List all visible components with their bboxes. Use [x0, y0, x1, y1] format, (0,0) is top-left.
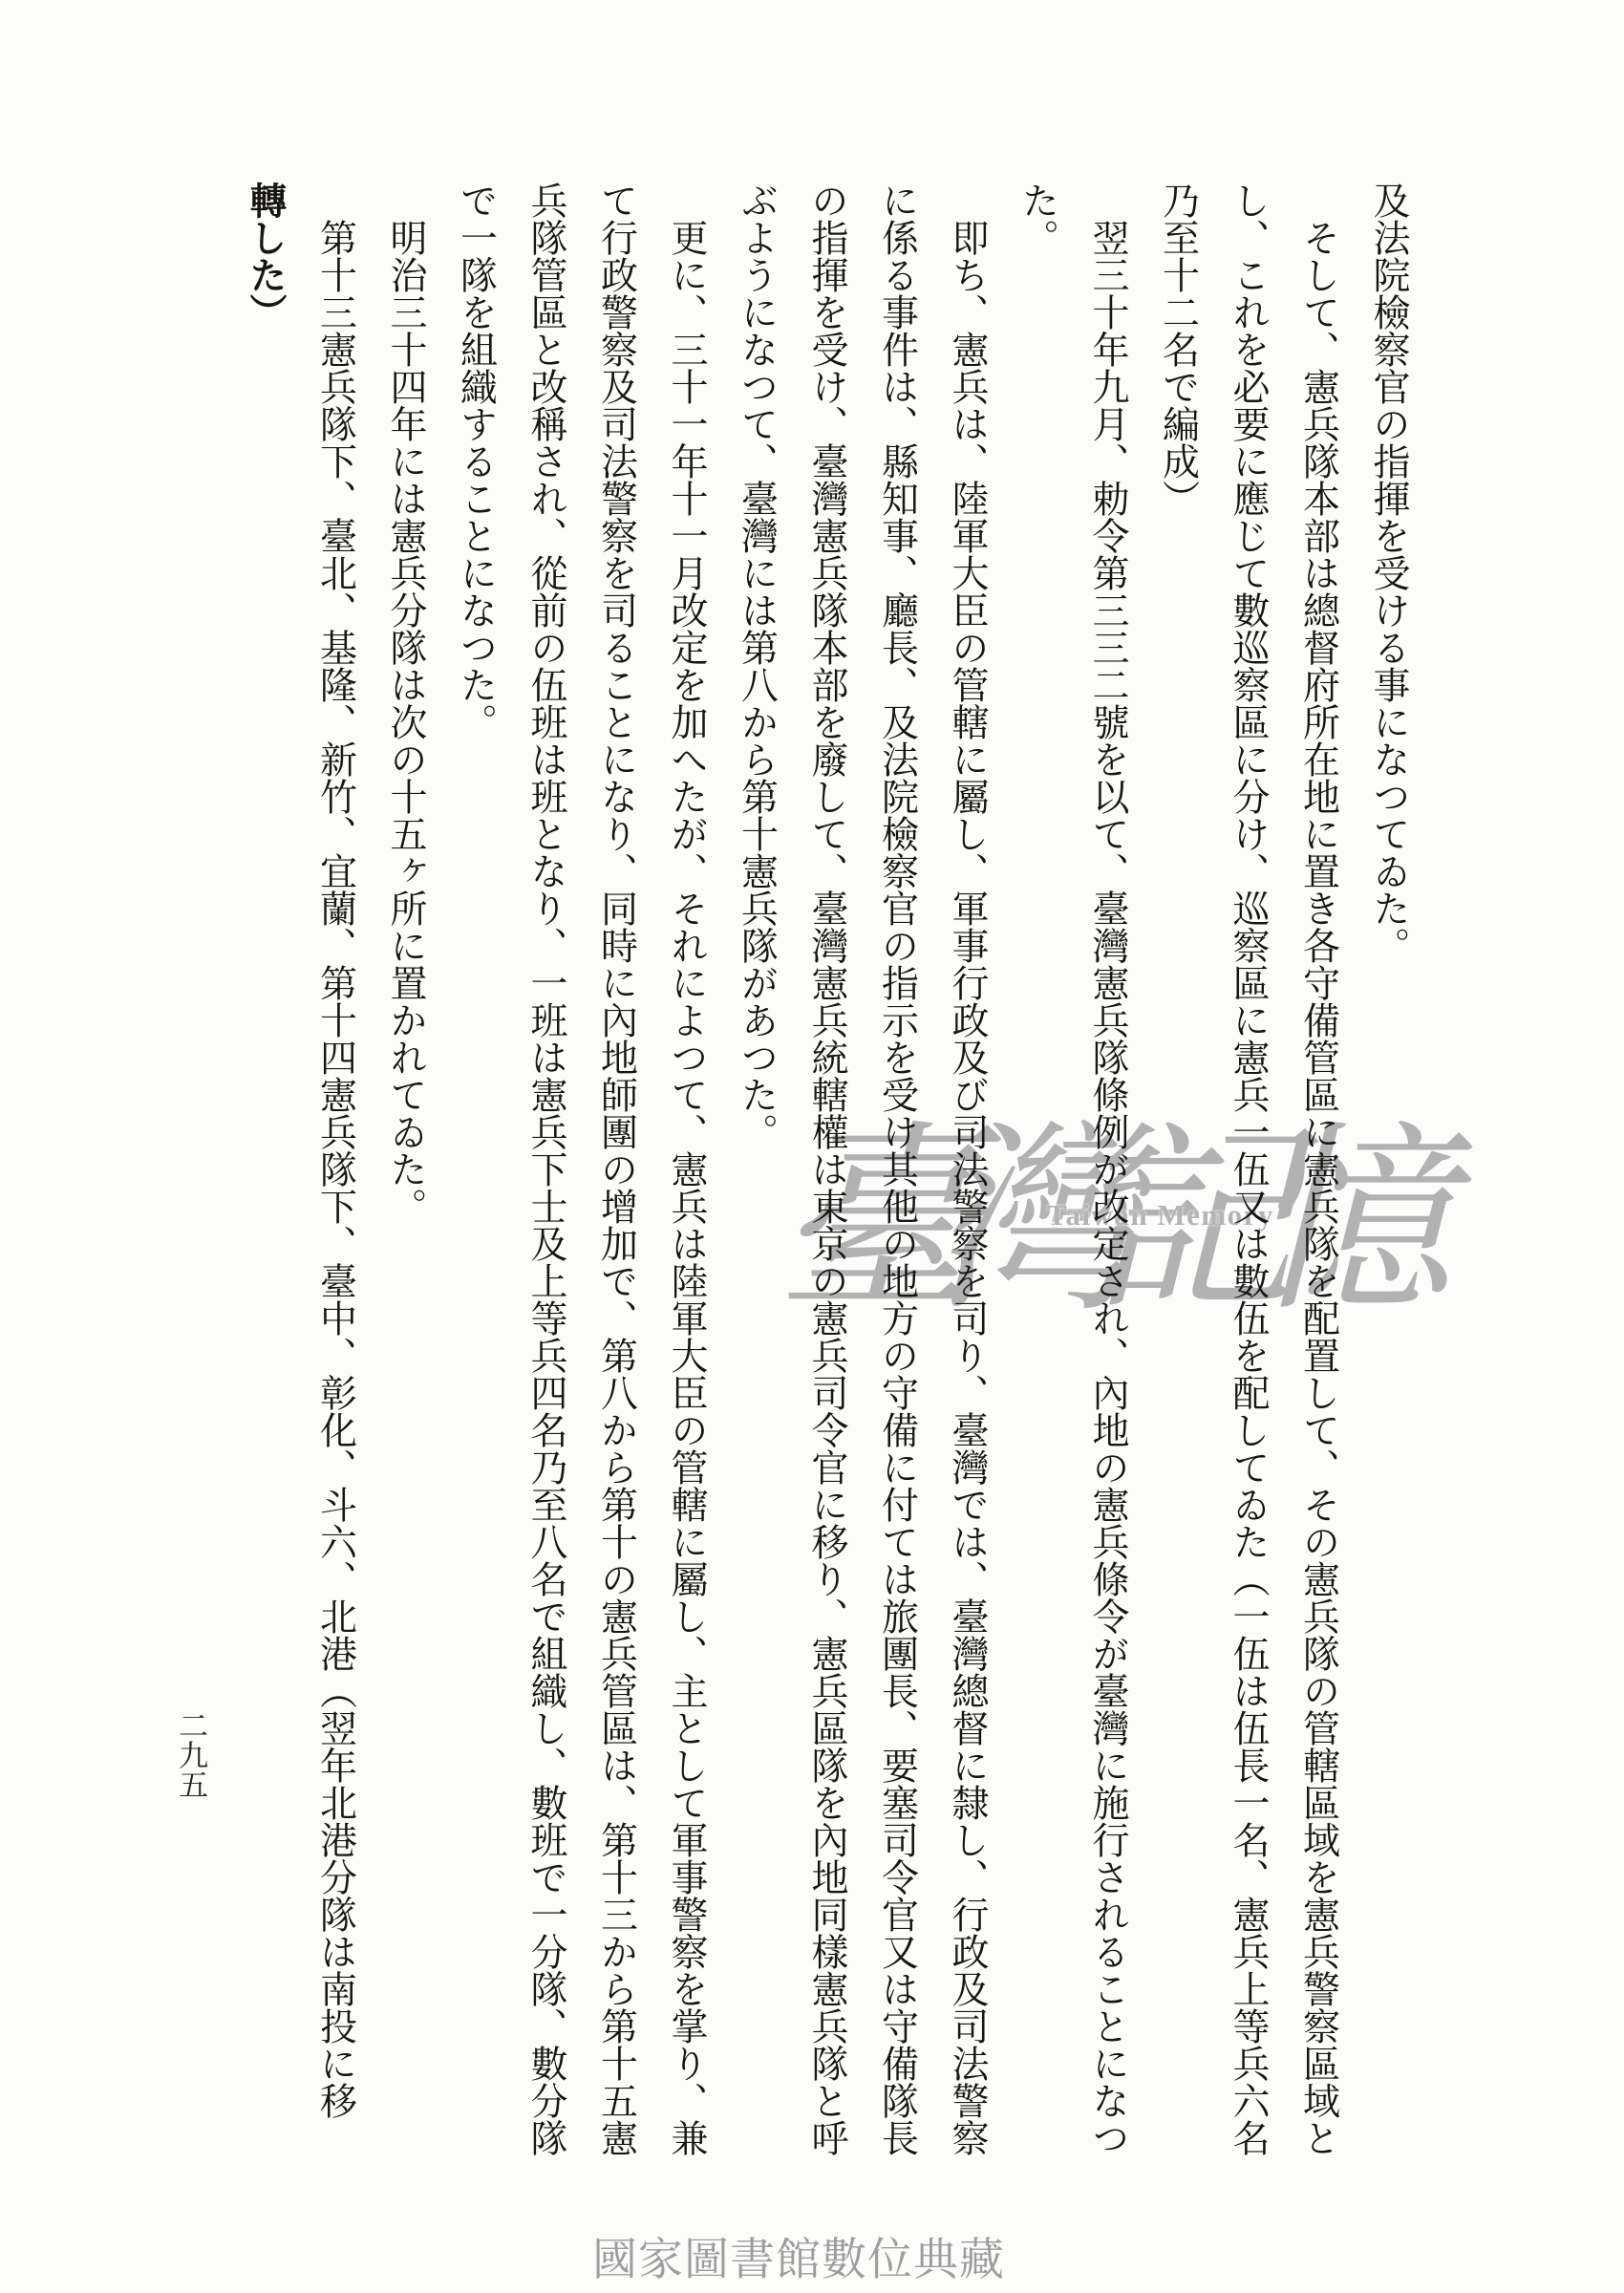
- paragraph: 及法院檢察官の指揮を受ける事になつてゐた。: [1354, 182, 1424, 2159]
- text-column: の指揮を受け、臺灣憲兵隊本部を廢して、臺灣憲兵統轄權は東京の憲兵司令官に移り、憲…: [792, 182, 863, 2159]
- text-column: て行政警察及司法警察を司ることになり、同時に內地師團の增加で、第八から第十の憲兵…: [581, 182, 652, 2159]
- text-column: た。: [1002, 182, 1073, 2159]
- text-column: 及法院檢察官の指揮を受ける事になつてゐた。: [1354, 182, 1424, 2159]
- vertical-text-block: 及法院檢察官の指揮を受ける事になつてゐた。そして、憲兵隊本部は總督府所在地に置き…: [230, 182, 1424, 2159]
- scanned-book-page: 臺灣記憶 Taiwan Memory 及法院檢察官の指揮を受ける事になつてゐた。…: [0, 0, 1624, 2293]
- paragraph: 明治三十四年には憲兵分隊は次の十五ヶ所に置かれてゐた。: [371, 182, 441, 2159]
- paragraph: 即ち、憲兵は、陸軍大臣の管轄に屬し、軍事行政及び司法警察を司り、臺灣では、臺灣總…: [721, 182, 1002, 2159]
- text-column: 翌三十年九月、勅令第三三二號を以て、臺灣憲兵隊條例が改定され、內地の憲兵條令が臺…: [1073, 182, 1143, 2159]
- text-column: で一隊を組織することになつた。: [440, 182, 511, 2159]
- text-column: 乃至十二名で編成）: [1143, 182, 1213, 2159]
- paragraph: 第十三憲兵隊下、臺北、基隆、新竹、宜蘭、第十四憲兵隊下、臺中、彰化、斗六、北港（…: [230, 182, 371, 2159]
- text-column: に係る事件は、縣知事、廳長、及法院檢察官の指示を受け其他の地方の守備に付ては旅團…: [862, 182, 932, 2159]
- archive-footer-caption: 國家圖書館數位典藏: [592, 2224, 1005, 2288]
- paragraph: そして、憲兵隊本部は總督府所在地に置き各守備管區に憲兵隊を配置して、その憲兵隊の…: [1143, 182, 1354, 2159]
- text-column: ぶようになつて、臺灣には第八から第十憲兵隊があつた。: [721, 182, 792, 2159]
- text-column: 明治三十四年には憲兵分隊は次の十五ヶ所に置かれてゐた。: [371, 182, 441, 2159]
- paragraph: 翌三十年九月、勅令第三三二號を以て、臺灣憲兵隊條例が改定され、內地の憲兵條令が臺…: [1002, 182, 1143, 2159]
- page-number: 二九五: [174, 1710, 206, 1799]
- text-column: 兵隊管區と改稱され、從前の伍班は班となり、一班は憲兵下士及上等兵四名乃至八名で組…: [511, 182, 582, 2159]
- text-column: 更に、三十一年十一月改定を加へたが、それによつて、憲兵は陸軍大臣の管轄に屬し、主…: [652, 182, 722, 2159]
- text-column: し、これを必要に應じて數巡察區に分け、巡察區に憲兵一伍又は數伍を配してゐた（一伍…: [1213, 182, 1284, 2159]
- text-column: 第十三憲兵隊下、臺北、基隆、新竹、宜蘭、第十四憲兵隊下、臺中、彰化、斗六、北港（…: [300, 182, 371, 2159]
- text-column: そして、憲兵隊本部は總督府所在地に置き各守備管區に憲兵隊を配置して、その憲兵隊の…: [1283, 182, 1354, 2159]
- paragraph: 更に、三十一年十一月改定を加へたが、それによつて、憲兵は陸軍大臣の管轄に屬し、主…: [440, 182, 721, 2159]
- text-column: 即ち、憲兵は、陸軍大臣の管轄に屬し、軍事行政及び司法警察を司り、臺灣では、臺灣總…: [932, 182, 1003, 2159]
- text-column: 轉した）: [230, 182, 301, 2159]
